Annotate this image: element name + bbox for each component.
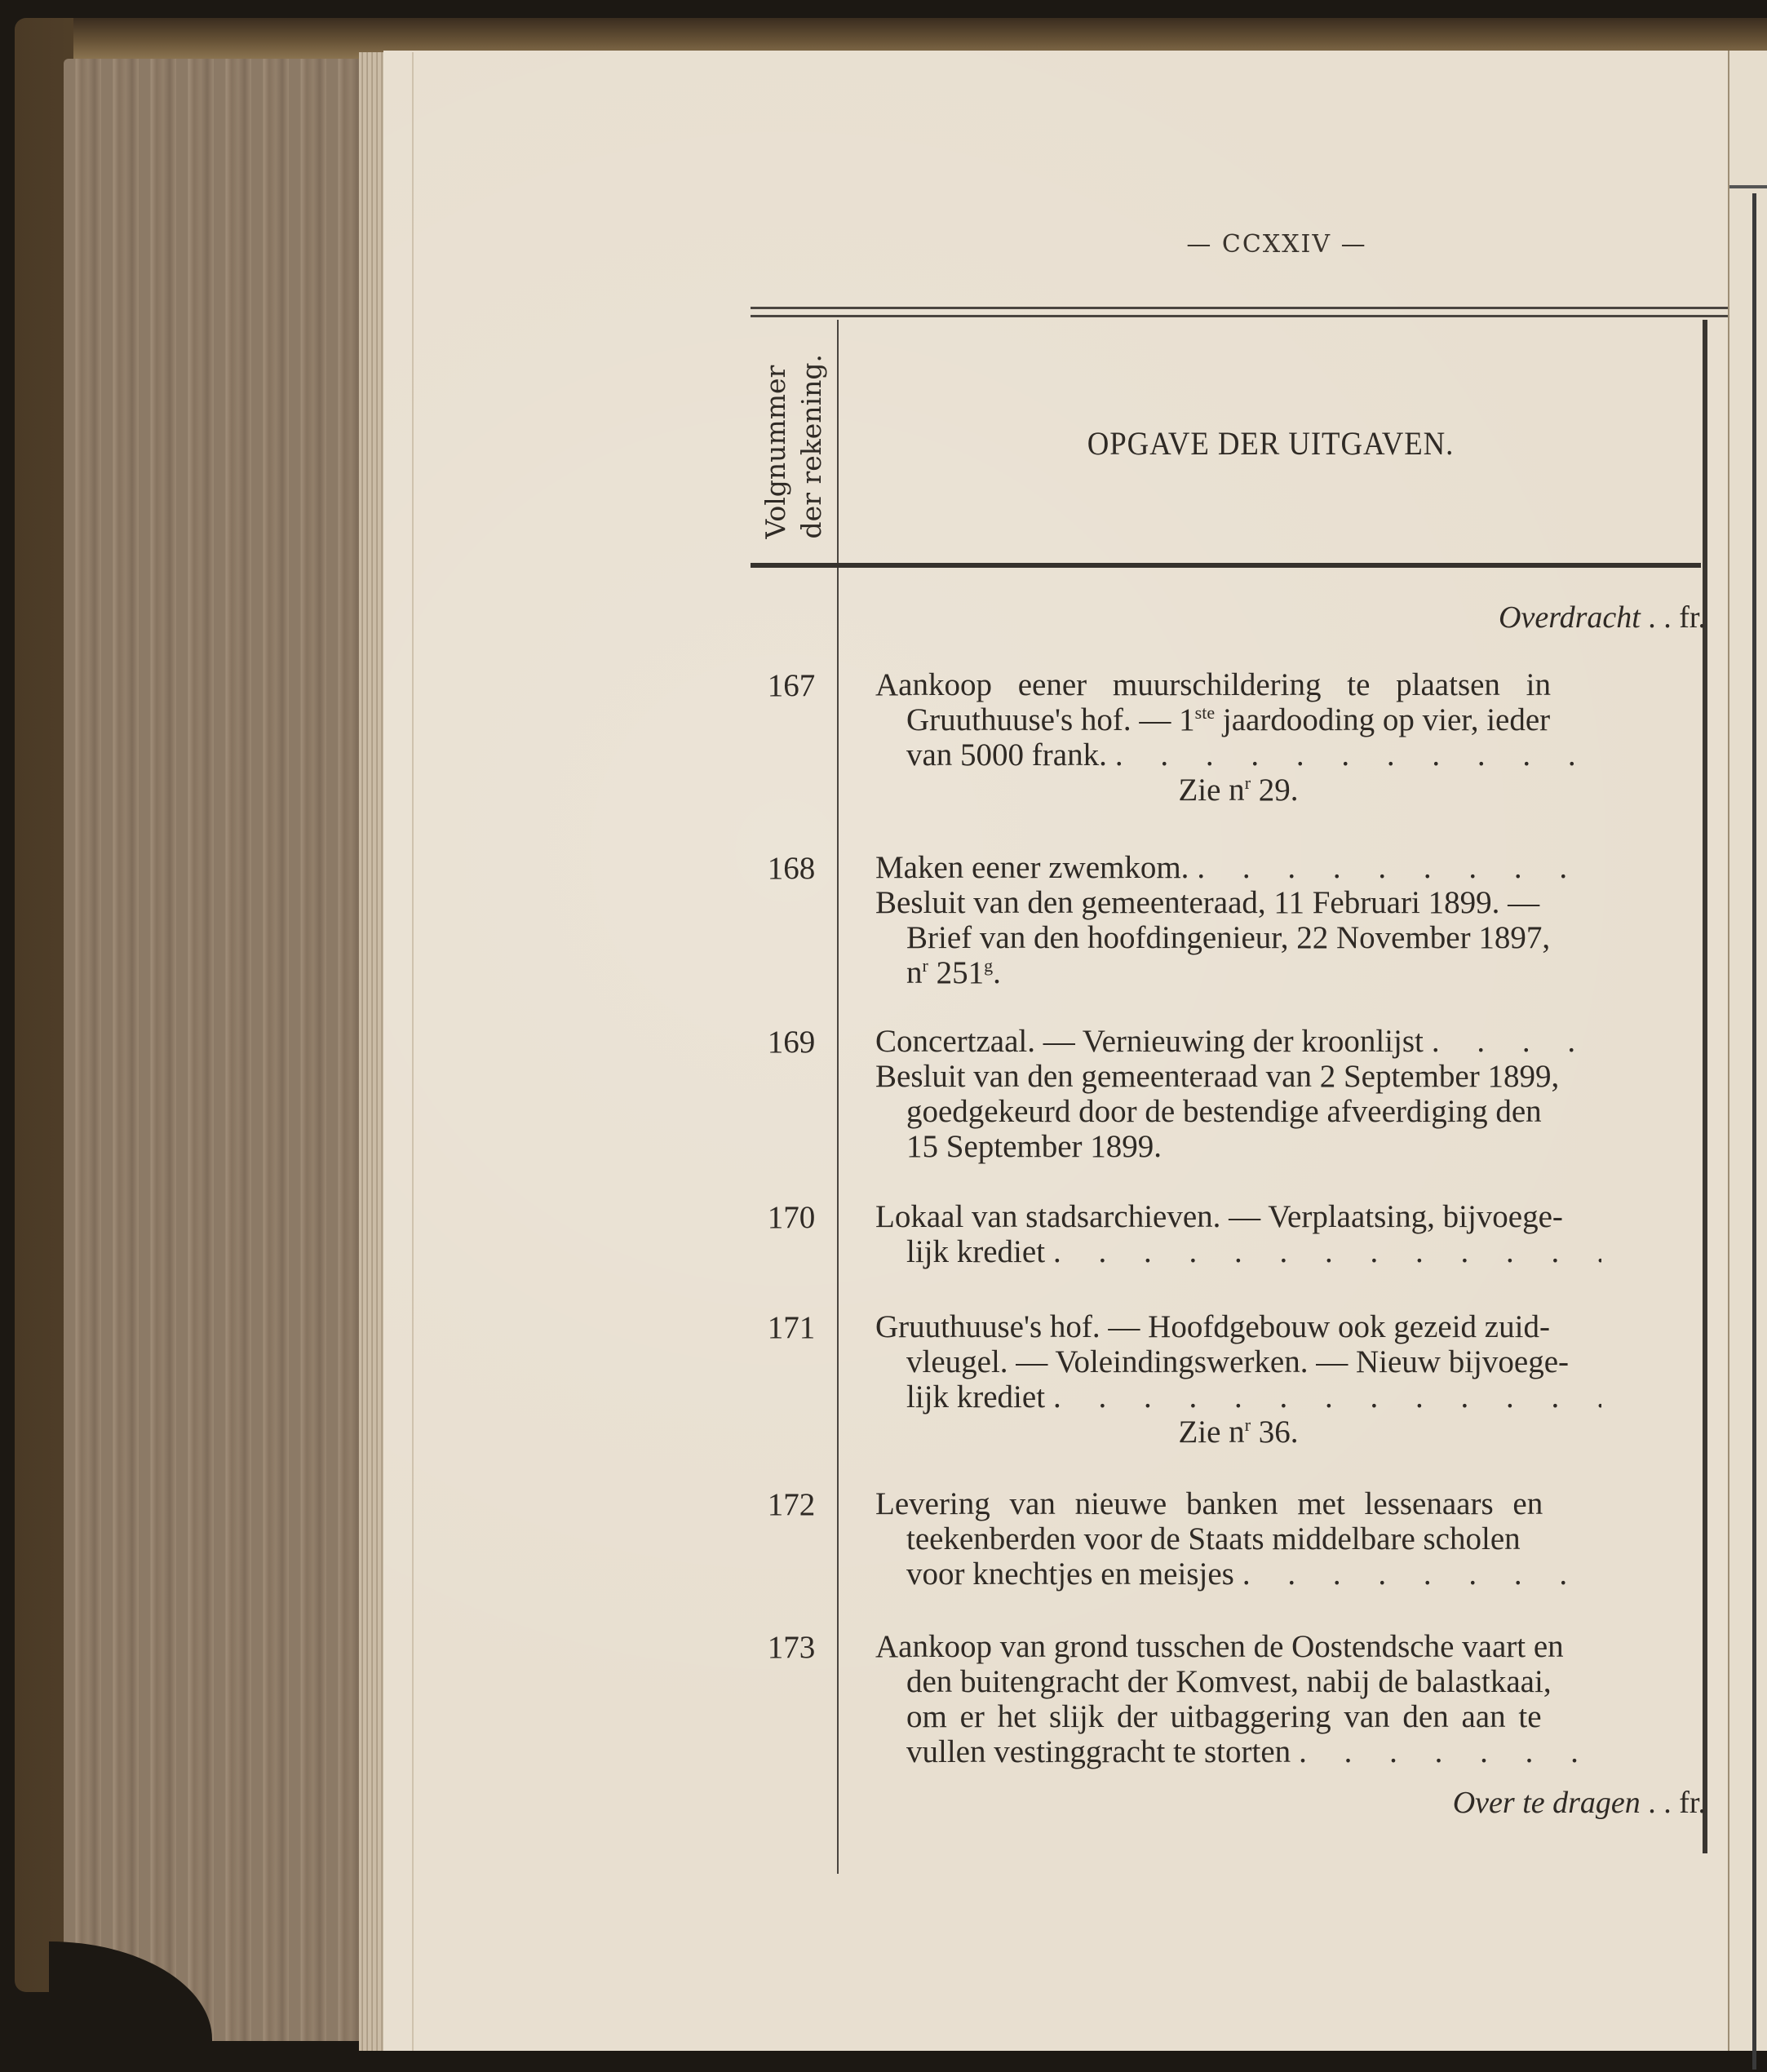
entry-line: Concertzaal. — Vernieuwing der kroonlijs… [875,1024,1601,1059]
entry-text: goedgekeurd door de bestendige afveerdig… [906,1094,1542,1129]
entry-line: Gruuthuuse's hof. — Hoofdgebouw ook geze… [875,1309,1601,1344]
entry-description: Aankoop eener muurschildering te plaatse… [875,667,1601,808]
entry-text: Aankoop eener muurschildering te plaatse… [875,667,1551,702]
entry-line: den buitengracht der Komvest, nabij de b… [875,1664,1601,1699]
carry-out-unit: fr. [1679,1786,1706,1820]
leader-dots: . . . . . . . . . . . . . . . . . . . . … [1234,1556,1601,1592]
entry-line: Levering van nieuwe banken met lessenaar… [875,1486,1601,1521]
page-fore-edges [359,52,383,2051]
entry-text: voor knechtjes en meisjes [906,1556,1234,1592]
entry-text: Besluit van den gemeenteraad, 11 Februar… [875,885,1539,920]
carry-in-leader: . . [1641,600,1680,635]
page-stack-edge [64,59,367,2041]
header-bottom-rule [751,563,1701,568]
entry-line: Maken eener zwemkom.. . . . . . . . . . … [875,850,1601,885]
column-header-line-1: Volgnummer [758,354,794,538]
entry-line: vleugel. — Voleindingswerken. — Nieuw bi… [875,1344,1601,1379]
entry-description: Lokaal van stadsarchieven. — Verplaatsin… [875,1199,1601,1269]
column-header-line-2: der rekening. [794,354,830,538]
entry-number: 170 [751,1199,832,1236]
entry-line: Gruuthuuse's hof. — 1ste jaardooding op … [875,702,1601,737]
facing-page-fragment: Nummer [1728,51,1767,2051]
leader-dots: . . . . . . . . . . . . . . . . . . . . … [1045,1379,1601,1415]
entry-description: Gruuthuuse's hof. — Hoofdgebouw ook geze… [875,1309,1601,1450]
entry-line: Besluit van den gemeenteraad van 2 Septe… [875,1059,1601,1094]
entry-text: nr 251g. [906,955,1001,990]
entry-text: om er het slijk der uitbaggering van den… [906,1699,1542,1734]
entry-description: Concertzaal. — Vernieuwing der kroonlijs… [875,1024,1601,1164]
facing-page-column-rule [1752,193,1756,2070]
entry-text: den buitengracht der Komvest, nabij de b… [906,1664,1552,1699]
leader-dots: . . . . . . . . . . . . . . . . . . . . … [1189,850,1601,885]
carry-out-leader: . . [1641,1786,1680,1820]
entry-line: goedgekeurd door de bestendige afveerdig… [875,1094,1601,1129]
entry-description: Maken eener zwemkom.. . . . . . . . . . … [875,850,1601,990]
entry-line: lijk krediet. . . . . . . . . . . . . . … [875,1379,1601,1415]
leader-dots: . . . . . . . . . . . . . . . . . . . . … [1107,737,1601,773]
entry-line: voor knechtjes en meisjes. . . . . . . .… [875,1556,1601,1592]
entry-line: Brief van den hoofdingenieur, 22 Novembe… [875,920,1601,955]
table-right-border [1703,320,1707,1853]
table-top-rule [751,307,1728,309]
entry-text: vleugel. — Voleindingswerken. — Nieuw bi… [906,1344,1569,1379]
entry-text: Concertzaal. — Vernieuwing der kroonlijs… [875,1024,1424,1059]
entry-text: lijk krediet [906,1379,1045,1415]
entry-line: om er het slijk der uitbaggering van den… [875,1699,1601,1734]
entry-text: Brief van den hoofdingenieur, 22 Novembe… [906,920,1550,955]
entry-line: van 5000 frank.. . . . . . . . . . . . .… [875,737,1601,773]
entry-line: 15 September 1899. [875,1129,1601,1164]
entry-number: 171 [751,1309,832,1346]
leader-dots: . . . . . . . . . . . . . . . . . . . . … [1424,1024,1601,1059]
entry-number: 169 [751,1024,832,1060]
carry-out-label: Over te dragen [1453,1786,1641,1820]
facing-page-header-fragment: Nummer [1764,320,1767,437]
entry-line: Besluit van den gemeenteraad, 11 Februar… [875,885,1601,920]
page-inner-edge [412,52,414,2051]
facing-page-top-rule [1729,185,1767,188]
entry-line: nr 251g. [875,955,1601,990]
entry-text: Levering van nieuwe banken met lessenaar… [875,1486,1543,1521]
entry-description: Levering van nieuwe banken met lessenaar… [875,1486,1601,1592]
table-title: OPGAVE DER UITGAVEN. [875,424,1667,463]
entry-text: vullen vestinggracht te storten [906,1734,1291,1769]
entry-line: Lokaal van stadsarchieven. — Verplaatsin… [875,1199,1601,1234]
leader-dots: . . . . . . . . . . . . . . . . . . . . … [1045,1234,1601,1269]
entry-text: lijk krediet [906,1234,1045,1269]
table-top-rule-second [751,315,1728,317]
column-divider [837,320,839,1874]
carry-in-label: Overdracht [1499,600,1641,635]
entry-description: Aankoop van grond tusschen de Oostendsch… [875,1629,1601,1769]
entry-text: Besluit van den gemeenteraad van 2 Septe… [875,1059,1559,1094]
entry-text: 15 September 1899. [906,1129,1162,1164]
entry-line: lijk krediet. . . . . . . . . . . . . . … [875,1234,1601,1269]
entry-text: teekenberden voor de Staats middelbare s… [906,1521,1521,1556]
carry-out-row: Over te dragen . . fr. [1453,1785,1706,1821]
entry-text: Aankoop van grond tusschen de Oostendsch… [875,1629,1564,1664]
entry-line: vullen vestinggracht te storten. . . . .… [875,1734,1601,1769]
entry-line: Aankoop eener muurschildering te plaatse… [875,667,1601,702]
carry-in-unit: fr. [1679,600,1706,635]
page-number: — CCXXIV — [1142,230,1411,259]
entry-text: Maken eener zwemkom. [875,850,1189,885]
entry-line: Aankoop van grond tusschen de Oostendsch… [875,1629,1601,1664]
entry-reference: Zie nr 36. [875,1415,1601,1450]
leader-dots: . . . . . . . . . . . . . . . . . . . . … [1291,1734,1601,1769]
entry-line: teekenberden voor de Staats middelbare s… [875,1521,1601,1556]
entry-number: 173 [751,1629,832,1666]
column-header-volgnummer: Volgnummer der rekening. [755,330,832,563]
entry-number: 167 [751,667,832,704]
entry-text: Gruuthuuse's hof. — Hoofdgebouw ook geze… [875,1309,1550,1344]
entry-number: 168 [751,850,832,887]
entry-text: Gruuthuuse's hof. — 1ste jaardooding op … [906,702,1550,737]
entry-number: 172 [751,1486,832,1523]
entry-reference: Zie nr 29. [875,773,1601,808]
entry-text: van 5000 frank. [906,737,1107,773]
entry-text: Lokaal van stadsarchieven. — Verplaatsin… [875,1199,1563,1234]
carry-in-row: Overdracht . . fr. [1499,600,1706,635]
